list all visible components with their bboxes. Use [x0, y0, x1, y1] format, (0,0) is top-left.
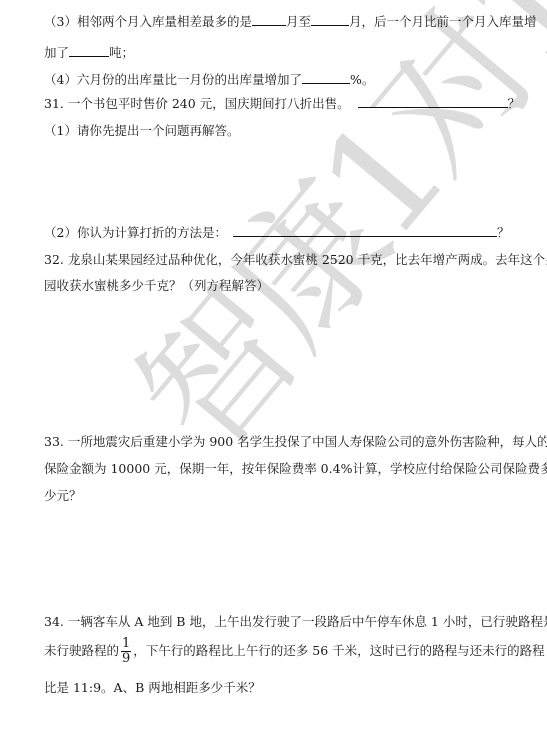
fraction-denominator: 9	[122, 652, 130, 666]
q30-part4-suffix: %。	[350, 72, 374, 87]
answer-blank-question[interactable]	[358, 95, 508, 108]
fraction-one-ninth: 19	[121, 637, 131, 666]
q30-part3-line1: （3）相邻两个月入库量相差最多的是月至月，后一个月比前一个月入库量增	[44, 12, 547, 30]
q31-stem-suffix: ？	[508, 96, 521, 111]
answer-blank-tons[interactable]	[69, 44, 109, 57]
q31-part2-suffix: ？	[497, 225, 510, 240]
q30-part4-text: （4）六月份的出库量比一月份的出库量增加了	[44, 72, 302, 87]
q30-part3-line2: 加了吨；	[44, 43, 547, 61]
q30-part3-line2-prefix: 加了	[44, 45, 69, 60]
answer-blank-method[interactable]	[233, 224, 497, 237]
q32-line1: 32. 龙泉山某果园经过品种优化，今年收获水蜜桃 2520 千克，比去年增产两成…	[44, 250, 547, 268]
fraction-numerator: 1	[121, 637, 131, 652]
q30-part3-mid1: 月至	[286, 14, 311, 29]
q33-line3: 少元？	[44, 486, 547, 504]
q30-part3-text: （3）相邻两个月入库量相差最多的是	[44, 14, 252, 29]
q31-stem-text: 31. 一个书包平时售价 240 元，国庆期间打八折出售。	[44, 96, 350, 111]
answer-blank-month-to[interactable]	[311, 13, 349, 26]
q34-line1: 34. 一辆客车从 A 地到 B 地，上午出发行驶了一段路后中午停车休息 1 小…	[44, 612, 547, 630]
q33-line1: 33. 一所地震灾后重建小学为 900 名学生投保了中国人寿保险公司的意外伤害险…	[44, 432, 547, 450]
q31-part2-text: （2）你认为计算打折的方法是：	[44, 225, 227, 240]
answer-blank-percent[interactable]	[302, 71, 350, 84]
q31-part1: （1）请你先提出一个问题再解答。	[44, 121, 547, 139]
answer-blank-month-from[interactable]	[252, 13, 286, 26]
q32-line2: 园收获水蜜桃多少千克？（列方程解答）	[44, 276, 547, 294]
q34-line3: 比是 11:9。A、B 两地相距多少千米？	[44, 678, 547, 696]
q31-stem: 31. 一个书包平时售价 240 元，国庆期间打八折出售。？	[44, 94, 547, 112]
q34-line2: 未行驶路程的19，下午行的路程比上午行的还多 56 千米，这时已行的路程与还未行…	[44, 637, 547, 666]
q30-part4: （4）六月份的出库量比一月份的出库量增加了%。	[44, 70, 547, 88]
q33-line2: 保险金额为 10000 元，保期一年，按年保险费率 0.4%计算，学校应付给保险…	[44, 459, 547, 477]
q30-part3-mid2: 月，后一个月比前一个月入库量增	[349, 14, 537, 29]
q34-line2-suffix: ，下午行的路程比上午行的还多 56 千米，这时已行的路程与还未行的路程	[133, 643, 544, 658]
q34-line2-prefix: 未行驶路程的	[44, 643, 119, 658]
q30-part3-line2-suffix: 吨；	[109, 45, 134, 60]
q31-part2: （2）你认为计算打折的方法是：？	[44, 223, 547, 241]
